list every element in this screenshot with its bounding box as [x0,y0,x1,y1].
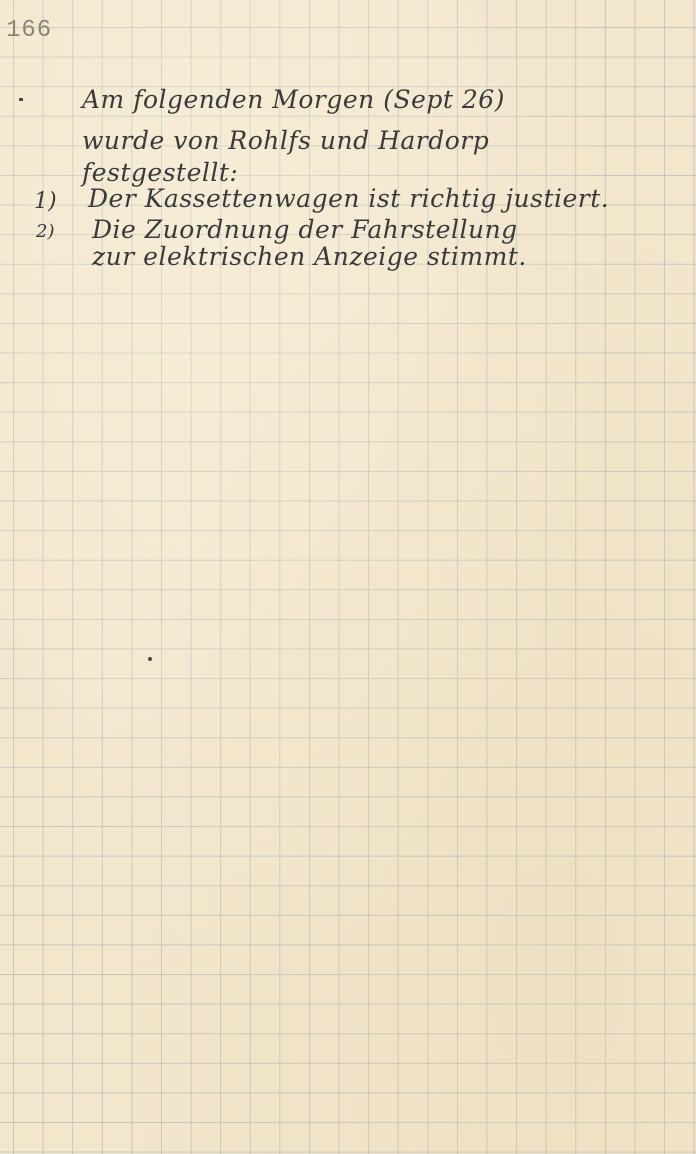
intro-line-2: wurde von Rohlfs und Hardorp [82,128,489,153]
margin-mark [19,98,23,101]
list-item-2-line-1: Die Zuordnung der Fahrstellung [92,217,518,242]
notebook-page: 166 Am folgenden Morgen (Sept 26) wurde … [0,0,696,1154]
list-item-1-line-1: Der Kassettenwagen ist richtig justiert. [88,186,609,211]
intro-line-1: Am folgenden Morgen (Sept 26) [82,87,505,112]
list-item-2-line-2: zur elektrischen Anzeige stimmt. [92,244,527,269]
ink-spot [148,657,152,661]
page-number: 166 [6,17,52,44]
list-marker-2: 2) [36,221,54,242]
list-marker-1: 1) [34,189,57,214]
intro-line-3: festgestellt: [82,160,238,185]
